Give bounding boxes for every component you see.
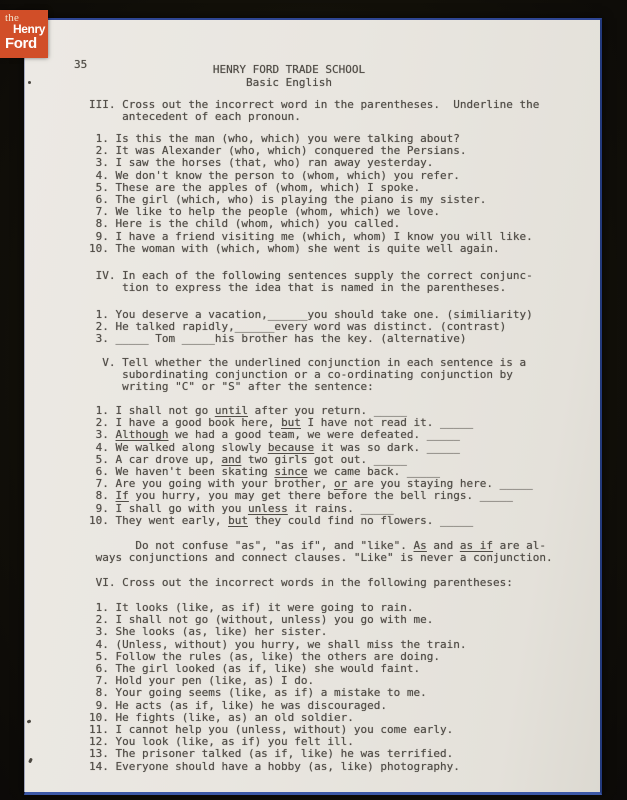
typed-text: 1. Is this the man (who, which) you were… [89, 132, 460, 145]
typed-text: Do not confuse "as", "as if", and "like"… [89, 539, 414, 552]
worksheet-page: 35 HENRY FORD TRADE SCHOOLBasic English … [24, 18, 602, 795]
typed-text: _____ [440, 514, 473, 527]
typed-text: _____ [374, 453, 407, 466]
typed-text: 2. It was Alexander (who, which) conquer… [89, 144, 467, 157]
typed-text: 5. A car drove up, [89, 453, 221, 466]
logo-text-henry: Henry [13, 22, 45, 36]
typed-line: writing "C" or "S" after the sentence: [89, 381, 526, 393]
typed-text: 6. The girl looked (as if, like) she wou… [89, 662, 420, 675]
typed-text: _____ [500, 477, 533, 490]
typed-text: writing "C" or "S" after the sentence: [89, 380, 374, 393]
typed-text: _____ [480, 489, 513, 502]
typed-line: VI. Cross out the incorrect words in the… [89, 577, 513, 589]
scan-speck [27, 719, 32, 723]
typed-text: 10. He fights (like, as) an old soldier. [89, 711, 354, 724]
typed-text: 4. We walked along slowly [89, 441, 268, 454]
underlined-word: unless [248, 502, 288, 515]
typed-text: _____ [440, 416, 473, 429]
typed-text: are you staying here. [347, 477, 499, 490]
typed-text: 10. The woman with (which, whom) she wen… [89, 242, 500, 255]
typed-text: 3. _____ Tom _____his brother has the ke… [89, 332, 467, 345]
section-v-items: 1. I shall not go until after you return… [89, 405, 533, 527]
section-iii-items: 1. Is this the man (who, which) you were… [89, 133, 533, 255]
typed-text: 11. I cannot help you (unless, without) … [89, 723, 453, 736]
typed-text: ways conjunctions and connect clauses. "… [89, 551, 553, 564]
typed-text: 13. The prisoner talked (as if, like) he… [89, 747, 453, 760]
typed-text: it was so dark. [314, 441, 427, 454]
typed-line: 14. Everyone should have a hobby (as, li… [89, 761, 467, 773]
typed-text: _____ [427, 441, 460, 454]
typed-line: antecedent of each pronoun. [89, 111, 539, 123]
typed-text: 9. I shall go with you [89, 502, 248, 515]
typed-line: Basic English [213, 77, 365, 90]
section-iv-heading: IV. In each of the following sentences s… [89, 270, 533, 294]
typed-text: 8. [89, 489, 116, 502]
underlined-word: Although [116, 428, 169, 441]
typed-text: they could find no flowers. [248, 514, 440, 527]
typed-text: 6. The girl (which, who) is playing the … [89, 193, 486, 206]
underlined-word: but [281, 416, 301, 429]
typed-text: 3. I saw the horses (that, who) ran away… [89, 156, 433, 169]
typed-text: 7. Hold your pen (like, as) I do. [89, 674, 314, 687]
typed-text: are al- [493, 539, 546, 552]
typed-text: 6. We haven't been skating [89, 465, 274, 478]
typed-line: tion to express the idea that is named i… [89, 282, 533, 294]
underlined-word: As [414, 539, 427, 552]
typed-text: V. Tell whether the underlined conjuncti… [89, 356, 526, 369]
underlined-word: because [268, 441, 314, 454]
typed-text: 2. He talked rapidly,______every word wa… [89, 320, 506, 333]
logo-text-ford: Ford [5, 35, 37, 52]
typed-text: 7. We like to help the people (whom, whi… [89, 205, 440, 218]
section-iii-heading: III. Cross out the incorrect word in the… [89, 99, 539, 123]
underlined-word: as if [460, 539, 493, 552]
typed-text: 3. She looks (as, like) her sister. [89, 625, 327, 638]
typed-text: subordinating conjunction or a co-ordina… [89, 368, 513, 381]
typed-text: 12. You look (like, as if) you felt ill. [89, 735, 354, 748]
typed-text: 4. (Unless, without) you hurry, we shall… [89, 638, 467, 651]
typed-text: it rains. [288, 502, 361, 515]
typed-text: you hurry, you may get there before the … [129, 489, 480, 502]
typed-text: and [427, 539, 460, 552]
typed-text: we had a good team, we were defeated. [168, 428, 426, 441]
typed-text: IV. In each of the following sentences s… [89, 269, 533, 282]
typed-text: 10. They went early, [89, 514, 228, 527]
typed-text: 4. We don't know the person to (whom, wh… [89, 169, 460, 182]
section-v-heading: V. Tell whether the underlined conjuncti… [89, 357, 526, 394]
typed-text: 7. Are you going with your brother, [89, 477, 334, 490]
typed-text: _____ [427, 428, 460, 441]
underlined-word: but [228, 514, 248, 527]
section-vi-items: 1. It looks (like, as if) it were going … [89, 602, 467, 773]
underlined-word: If [116, 489, 129, 502]
typed-line: 10. The woman with (which, whom) she wen… [89, 243, 533, 255]
typed-text: 8. Your going seems (like, as if) a mist… [89, 686, 427, 699]
typed-text: 8. Here is the child (whom, which) you c… [89, 217, 400, 230]
typed-text: 9. He acts (as if, like) he was discoura… [89, 699, 387, 712]
underlined-word: since [274, 465, 307, 478]
typed-text: _____ [361, 502, 394, 515]
scan-speck [28, 758, 33, 764]
usage-note: Do not confuse "as", "as if", and "like"… [89, 540, 553, 564]
typed-text: 14. Everyone should have a hobby (as, li… [89, 760, 460, 773]
typed-text: 1. I shall not go [89, 404, 215, 417]
typed-text: tion to express the idea that is named i… [89, 281, 506, 294]
typed-text: 3. [89, 428, 116, 441]
underlined-word: or [334, 477, 347, 490]
typed-text: _____ [407, 465, 440, 478]
page-title: HENRY FORD TRADE SCHOOLBasic English [213, 64, 365, 90]
typed-text: 1. It looks (like, as if) it were going … [89, 601, 414, 614]
scan-speck [28, 81, 31, 84]
section-iv-items: 1. You deserve a vacation,______you shou… [89, 309, 533, 346]
underlined-word: and [221, 453, 241, 466]
typed-text: 2. I shall not go (without, unless) you … [89, 613, 433, 626]
section-vi-heading: VI. Cross out the incorrect words in the… [89, 577, 513, 589]
typed-text: after you return. [248, 404, 374, 417]
typed-text: III. Cross out the incorrect word in the… [89, 98, 539, 111]
typed-text: 1. You deserve a vacation,______you shou… [89, 308, 533, 321]
typed-text: _____ [374, 404, 407, 417]
henry-ford-logo: the Henry Ford [0, 10, 48, 58]
typed-text: antecedent of each pronoun. [89, 110, 301, 123]
typed-line: 10. They went early, but they could find… [89, 515, 533, 527]
page-number: 35 [74, 59, 87, 71]
typed-text: HENRY FORD TRADE SCHOOL [213, 63, 365, 76]
typed-text: two girls got out. [241, 453, 373, 466]
typed-text: 2. I have a good book here, [89, 416, 281, 429]
typed-text: 5. Follow the rules (as, like) the other… [89, 650, 440, 663]
underlined-word: until [215, 404, 248, 417]
typed-text: I have not read it. [301, 416, 440, 429]
typed-line: ways conjunctions and connect clauses. "… [89, 552, 553, 564]
typed-line: 3. _____ Tom _____his brother has the ke… [89, 333, 533, 345]
typed-text: 9. I have a friend visiting me (which, w… [89, 230, 533, 243]
typed-text: we came back. [308, 465, 407, 478]
typed-text: 5. These are the apples of (whom, which)… [89, 181, 420, 194]
typed-text: VI. Cross out the incorrect words in the… [89, 576, 513, 589]
typed-text: Basic English [246, 76, 332, 89]
